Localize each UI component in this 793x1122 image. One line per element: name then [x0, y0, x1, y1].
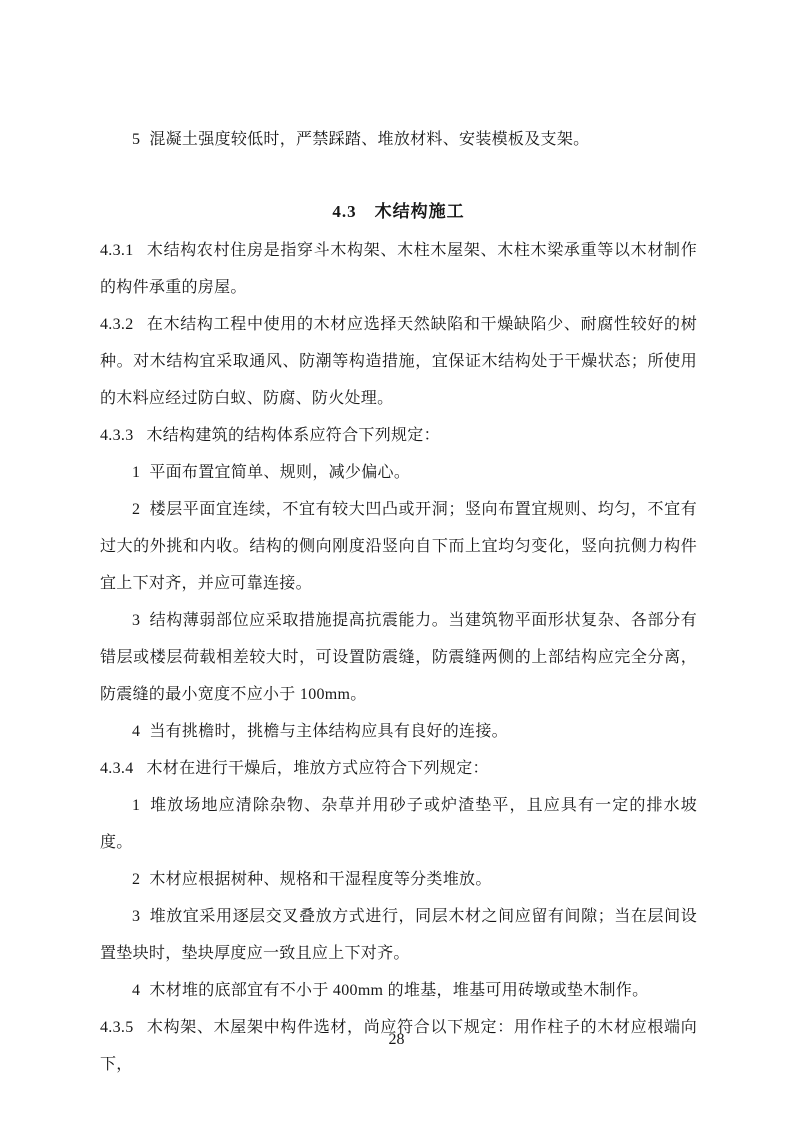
list-item-3: 3堆放宜采用逐层交叉叠放方式进行，同层木材之间应留有间隙；当在层间设置垫块时，垫…	[100, 898, 697, 972]
list-item-1: 1平面布置宜简单、规则，减少偏心。	[100, 454, 697, 491]
list-item-2: 2楼层平面宜连续，不宜有较大凹凸或开洞；竖向布置宜规则、均匀，不宜有过大的外挑和…	[100, 491, 697, 602]
section-heading-4-3: 4.3木结构施工	[100, 193, 697, 230]
section-title: 木结构施工	[375, 202, 465, 221]
clause-number: 4.3.1	[100, 242, 134, 259]
item-number: 1	[132, 797, 140, 814]
item-text: 木材堆的底部宜有不小于 400mm 的堆基，堆基可用砖墩或垫木制作。	[149, 982, 648, 999]
clause-number: 4.3.3	[100, 427, 134, 444]
item-number: 5	[132, 131, 140, 148]
item-number: 2	[132, 501, 140, 518]
clause-4-3-3: 4.3.3木结构建筑的结构体系应符合下列规定：	[100, 417, 697, 454]
item-number: 4	[132, 723, 140, 740]
clause-4-3-1: 4.3.1木结构农村住房是指穿斗木构架、木柱木屋架、木柱木梁承重等以木材制作的构…	[100, 232, 697, 306]
clause-number: 4.3.4	[100, 760, 134, 777]
item-text: 平面布置宜简单、规则，减少偏心。	[149, 464, 410, 481]
list-item-2: 2木材应根据树种、规格和干湿程度等分类堆放。	[100, 861, 697, 898]
item-number: 1	[132, 464, 140, 481]
section-number: 4.3	[332, 202, 356, 221]
clause-4-3-2: 4.3.2在木结构工程中使用的木材应选择天然缺陷和干燥缺陷少、耐腐性较好的树种。…	[100, 306, 697, 417]
item-text: 结构薄弱部位应采取措施提高抗震能力。当建筑物平面形状复杂、各部分有错层或楼层荷载…	[100, 612, 697, 703]
item-text: 堆放宜采用逐层交叉叠放方式进行，同层木材之间应留有间隙；当在层间设置垫块时，垫块…	[100, 908, 697, 962]
clause-4-3-4: 4.3.4木材在进行干燥后，堆放方式应符合下列规定：	[100, 750, 697, 787]
item-text: 混凝土强度较低时，严禁踩踏、堆放材料、安装模板及支架。	[149, 131, 589, 148]
list-item-1: 1堆放场地应清除杂物、杂草并用砂子或炉渣垫平，且应具有一定的排水坡度。	[100, 787, 697, 861]
item-text: 楼层平面宜连续，不宜有较大凹凸或开洞；竖向布置宜规则、均匀，不宜有过大的外挑和内…	[100, 501, 697, 592]
list-item-4: 4当有挑檐时，挑檐与主体结构应具有良好的连接。	[100, 713, 697, 750]
list-item-4: 4木材堆的底部宜有不小于 400mm 的堆基，堆基可用砖墩或垫木制作。	[100, 972, 697, 1009]
clause-number: 4.3.2	[100, 316, 134, 333]
clause-text: 在木结构工程中使用的木材应选择天然缺陷和干燥缺陷少、耐腐性较好的树种。对木结构宜…	[100, 316, 697, 407]
item-number: 3	[132, 908, 140, 925]
document-page: 5混凝土强度较低时，严禁踩踏、堆放材料、安装模板及支架。 4.3木结构施工 4.…	[0, 0, 793, 1122]
clause-text: 木结构建筑的结构体系应符合下列规定：	[147, 427, 440, 444]
item-number: 4	[132, 982, 140, 999]
page-content: 5混凝土强度较低时，严禁踩踏、堆放材料、安装模板及支架。 4.3木结构施工 4.…	[100, 121, 697, 1083]
item-number: 2	[132, 871, 140, 888]
item-text: 堆放场地应清除杂物、杂草并用砂子或炉渣垫平，且应具有一定的排水坡度。	[100, 797, 697, 851]
list-item-3: 3结构薄弱部位应采取措施提高抗震能力。当建筑物平面形状复杂、各部分有错层或楼层荷…	[100, 602, 697, 713]
item-text: 当有挑檐时，挑檐与主体结构应具有良好的连接。	[149, 723, 508, 740]
item-text: 木材应根据树种、规格和干湿程度等分类堆放。	[149, 871, 491, 888]
clause-text: 木材在进行干燥后，堆放方式应符合下列规定：	[147, 760, 489, 777]
page-number: 28	[0, 1030, 793, 1050]
list-item-5: 5混凝土强度较低时，严禁踩踏、堆放材料、安装模板及支架。	[100, 121, 697, 158]
clause-text: 木结构农村住房是指穿斗木构架、木柱木屋架、木柱木梁承重等以木材制作的构件承重的房…	[100, 242, 697, 296]
item-number: 3	[132, 612, 140, 629]
